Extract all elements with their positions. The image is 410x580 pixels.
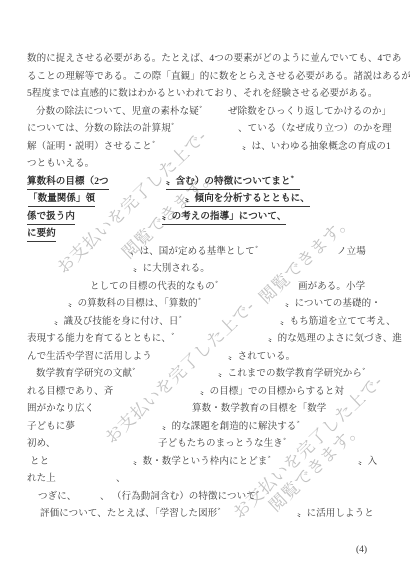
text-fragment: 算数科の目標（2つ — [27, 176, 109, 190]
text-fragment: 、ている（なぜ成り立つ）のかを理 — [238, 123, 392, 135]
text-fragment: 「数量関係」領 — [28, 193, 95, 207]
text-fragment: 〟入 — [358, 456, 377, 468]
text-fragment: 評価について、たとえば、「学習した図形゛ — [40, 508, 227, 520]
text-fragment: れた上 — [27, 473, 56, 485]
text-fragment: 、 — [100, 491, 110, 503]
text-fragment: については、分数の除法の計算規゛ — [27, 123, 180, 135]
text-fragment: 初め、 — [27, 438, 55, 450]
text-fragment: れる目標であり、斉 — [27, 386, 113, 398]
text-fragment: 5程度までは直感的に数はわかるといわれており、それを経験させる必要がある。 — [27, 88, 377, 100]
text-fragment: 子どもたちのまっとうな生き゛ — [158, 438, 292, 450]
text-fragment: 〟についての基礎的・ — [285, 298, 381, 310]
text-fragment: 〟識及び技能を身に付け、日゛ — [54, 316, 188, 328]
text-fragment: 解（証明・説明）させること゛ — [27, 141, 161, 153]
text-fragment: 分数の除法について、児童の素朴な疑゛ — [36, 106, 208, 118]
text-fragment: 係で扱う内 — [27, 211, 75, 225]
text-fragment: 子どもに夢 — [27, 421, 75, 433]
text-fragment: ることの理解等である。この際「直観」的に数をとらえさせる必要がある。諸説はあるが… — [27, 71, 410, 83]
text-fragment: とと — [30, 456, 49, 468]
text-fragment: 、は、国が定める基準として゛ — [130, 246, 264, 258]
text-fragment: としての目標の代表的なもの゛ — [90, 281, 224, 293]
text-fragment: 表現する能力を育てるとともに、゛ — [27, 333, 181, 345]
text-fragment: 、 — [116, 473, 126, 485]
text-fragment: 囲がかなり広く — [27, 403, 94, 415]
text-fragment: ぜ除数をひっくり返してかけるのか」 — [228, 106, 391, 118]
text-fragment: 〟数・数学という枠内にとどま゛ — [133, 456, 277, 468]
text-fragment: 〟的な処理のよさに気づき、進 — [268, 333, 402, 345]
text-fragment: 〟は、いわゆる抽象概念の育成の1 — [242, 141, 391, 153]
text-fragment: 〟もち筋道を立てて考え、 — [280, 316, 396, 328]
text-fragment: （行為動詞含む）の特徴について゛ — [112, 491, 265, 503]
text-fragment: んで生活や学習に活用しよう — [27, 351, 152, 363]
text-fragment: 〟含む）の特徴についてまと゛ — [166, 176, 300, 190]
text-fragment: 〟に活用しようと — [297, 508, 374, 520]
page-number: (4) — [356, 545, 367, 555]
text-fragment: 〟の算数科の目標は、「算数的゛ — [68, 298, 207, 310]
text-fragment: 〟的な課題を創造的に解決する゛ — [162, 421, 306, 433]
text-fragment: 数学教育学研究の文献゛ — [36, 368, 142, 380]
text-fragment: つともいえる。 — [27, 158, 94, 170]
text-fragment: つぎに、 — [38, 491, 76, 503]
text-fragment: 数的に捉えさせる必要がある。たとえば、4つの要素がどのように並んでいても、4であ — [27, 53, 402, 65]
text-fragment: に要約 — [27, 228, 56, 242]
text-fragment: 〟の目標」での目標からすると対 — [200, 386, 344, 398]
document-page: お支払いを完了した上で-閲覧できます。閲覧できます。お支払いを完了した上で-お支… — [0, 0, 410, 580]
text-fragment: 〟に大別される。 — [133, 263, 210, 275]
text-fragment: 算数・数学教育の目標を「数学 — [192, 403, 326, 415]
text-fragment: 〟の考えの指導」について、 — [162, 211, 286, 225]
text-fragment: ノ立場 — [337, 246, 366, 258]
text-fragment: 〟されている。 — [228, 351, 295, 363]
text-fragment: 画がある。小学 — [298, 281, 365, 293]
text-fragment: 〟これまでの数学教育学研究から゛ — [218, 368, 372, 380]
text-fragment: 〟傾向を分析するとともに、 — [185, 193, 310, 207]
